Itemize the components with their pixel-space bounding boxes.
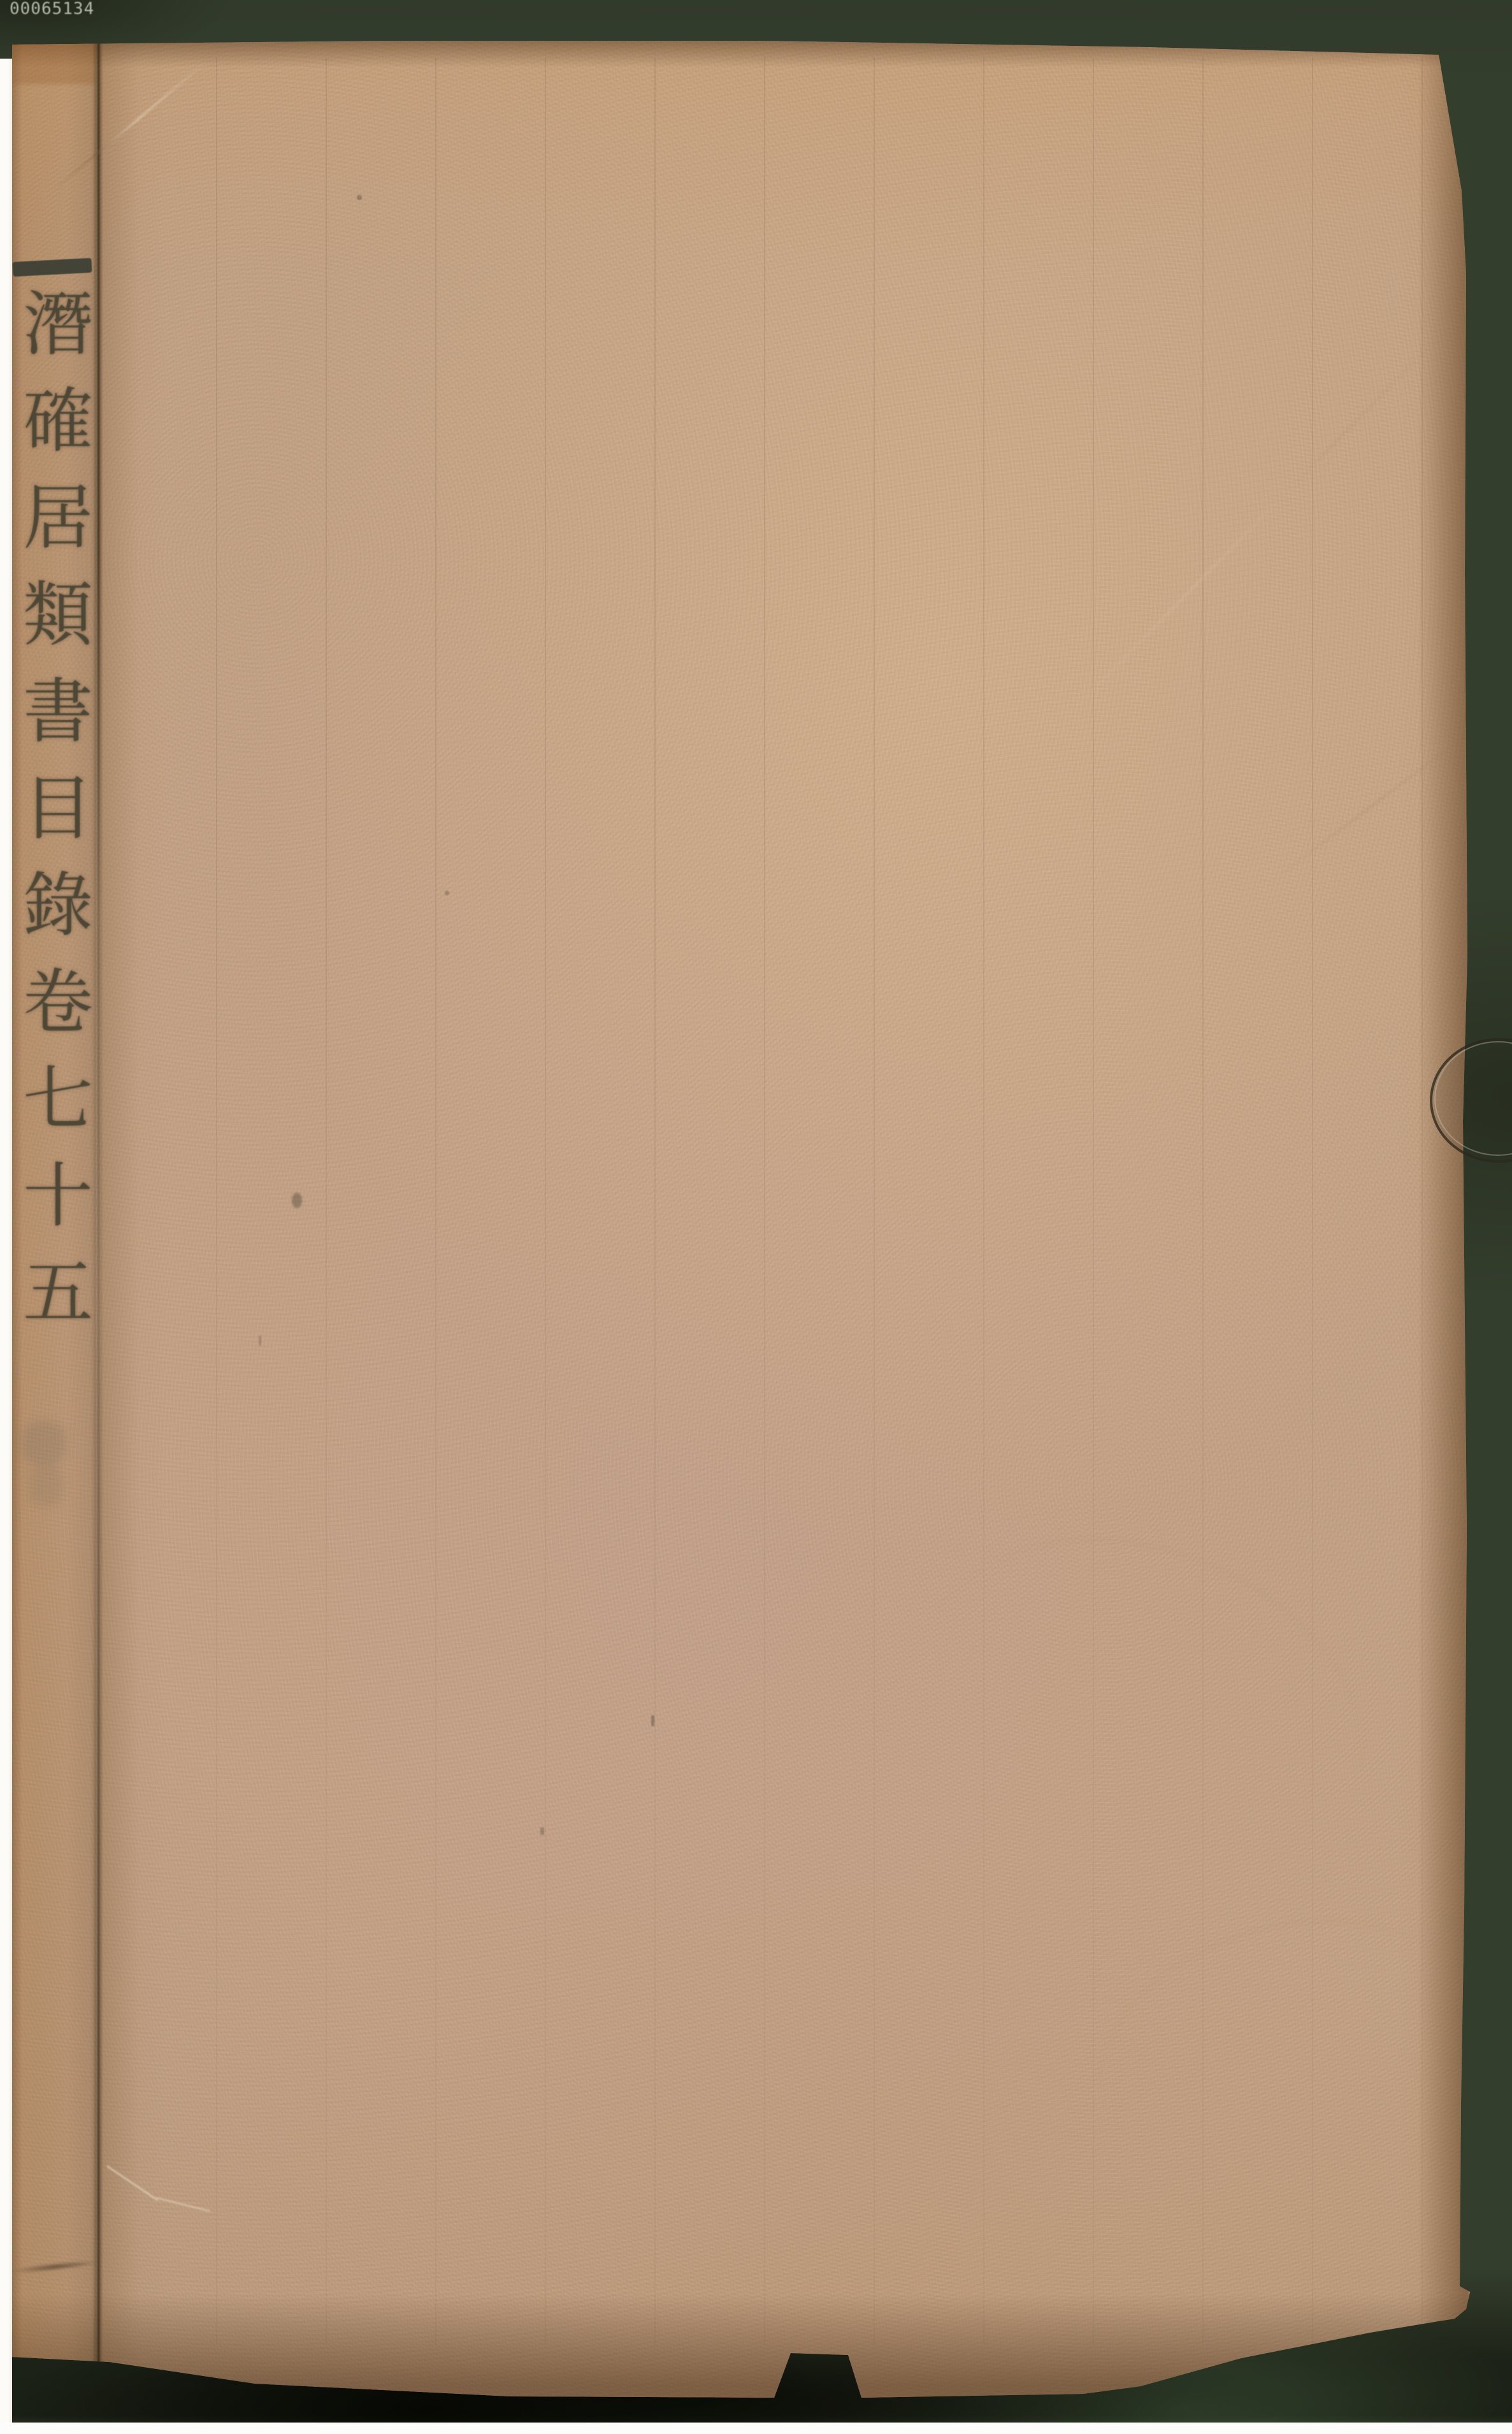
wire-loop-clip	[1402, 1007, 1512, 1198]
ink-speck	[540, 1827, 544, 1835]
scanner-edge-strip-left	[0, 59, 12, 2434]
gutter-shadow	[101, 40, 139, 2362]
spine-title-vertical-text: 潛確居類書目錄卷七十五	[9, 278, 96, 1361]
ink-speck	[292, 1193, 302, 1208]
book-page-leaf: 潛確居類書目錄卷七十五	[0, 0, 1512, 2434]
ink-speck	[259, 1336, 261, 1346]
scanned-book-page: 潛確居類書目錄卷七十五 00065134	[0, 0, 1512, 2434]
spine-top-edge	[12, 40, 96, 84]
archive-stamp-number: 00065134	[10, 0, 94, 19]
faded-ink-smudge	[22, 1421, 66, 1465]
faded-ink-smudge	[29, 1465, 64, 1506]
ink-speck	[445, 891, 449, 895]
ink-speck	[651, 1715, 654, 1726]
ink-speck	[357, 195, 362, 200]
scanner-edge-strip-bottom	[0, 2423, 1512, 2434]
